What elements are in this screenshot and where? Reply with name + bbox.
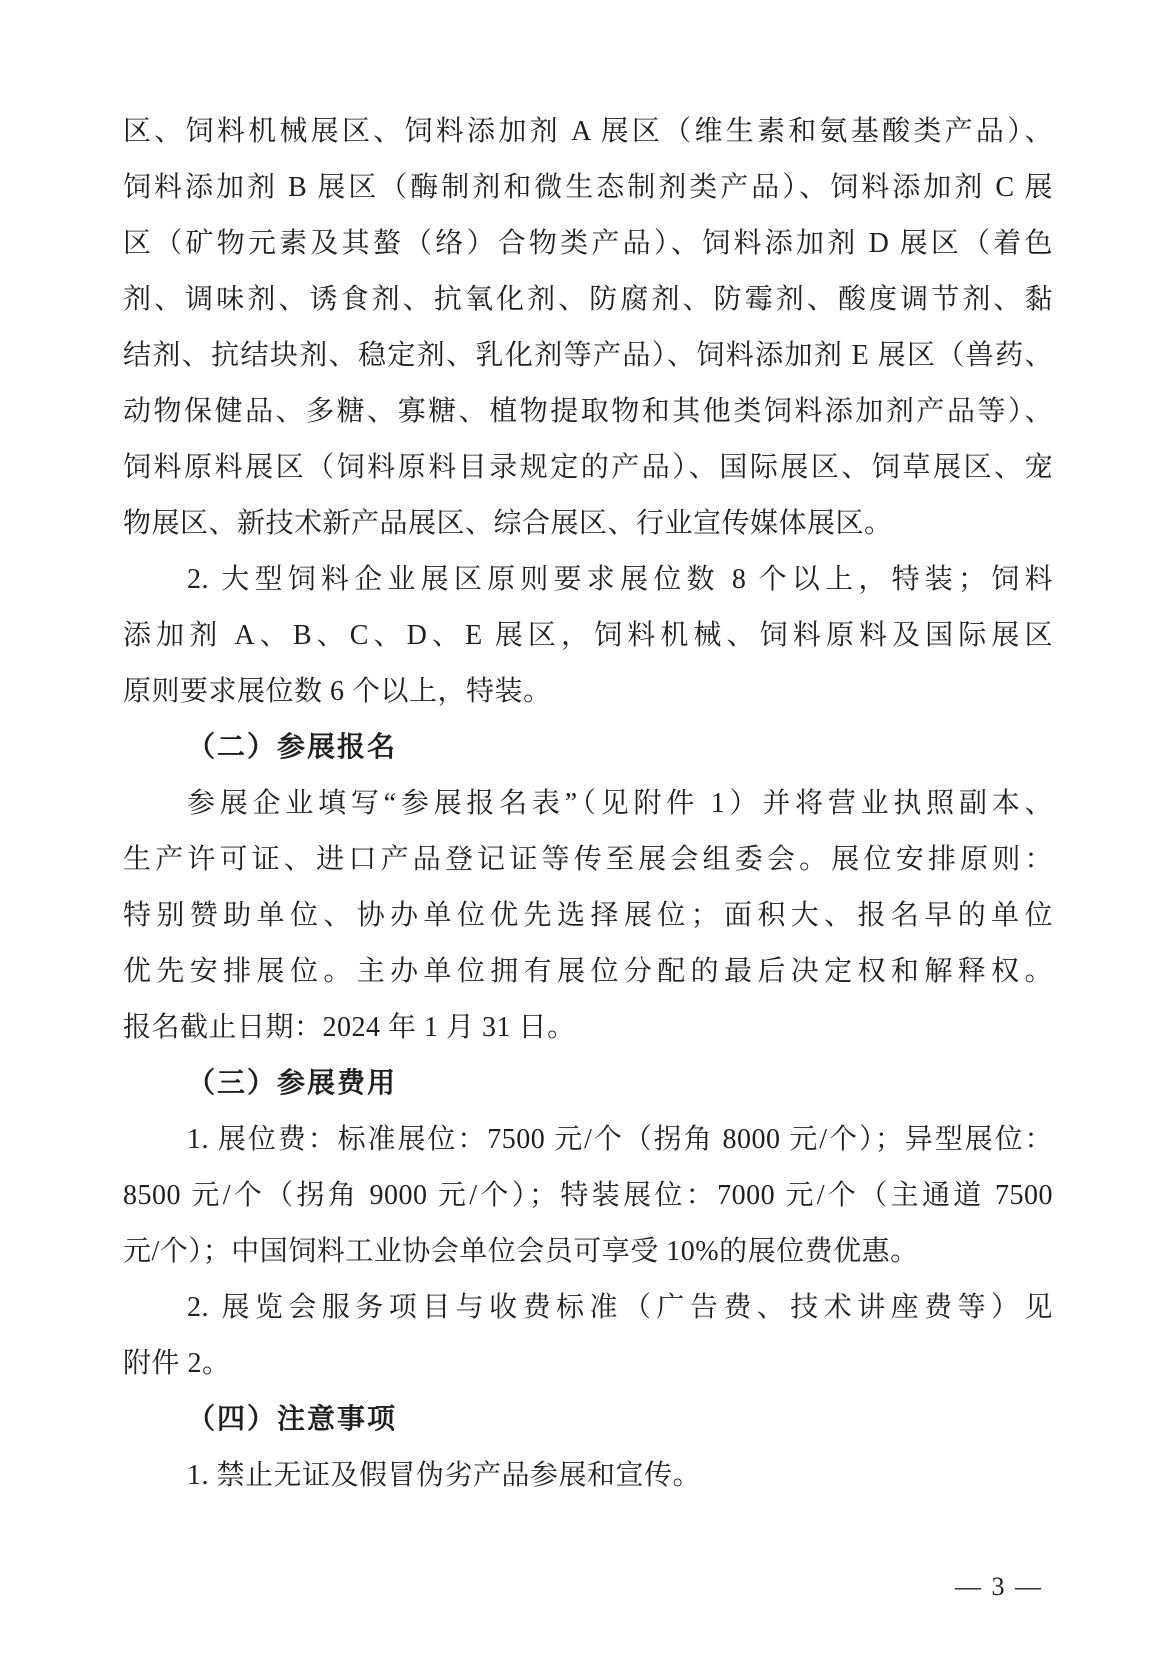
text-line: 生产许可证、进口产品登记证等传至展会组委会。展位安排原则： — [123, 832, 1053, 888]
text-line: 附件 2。 — [123, 1336, 1053, 1392]
text-line: 2. 大型饲料企业展区原则要求展位数 8 个以上，特装；饲料 — [123, 552, 1053, 608]
text-line: 区、饲料机械展区、饲料添加剂 A 展区（维生素和氨基酸类产品）、 — [123, 104, 1053, 160]
text-line: 物展区、新技术新产品展区、综合展区、行业宣传媒体展区。 — [123, 496, 1053, 552]
text-line: 添加剂 A、B、C、D、E 展区，饲料机械、饲料原料及国际展区 — [123, 608, 1053, 664]
text-line: 8500 元/个（拐角 9000 元/个）；特装展位：7000 元/个（主通道 … — [123, 1168, 1053, 1224]
text-line: 优先安排展位。主办单位拥有展位分配的最后决定权和解释权。 — [123, 944, 1053, 1000]
text-line: 饲料原料展区（饲料原料目录规定的产品）、国际展区、饲草展区、宠 — [123, 440, 1053, 496]
text-line: 原则要求展位数 6 个以上，特装。 — [123, 664, 1053, 720]
text-line: 动物保健品、多糖、寡糖、植物提取物和其他类饲料添加剂产品等）、 — [123, 384, 1053, 440]
text-line: 结剂、抗结块剂、稳定剂、乳化剂等产品）、饲料添加剂 E 展区（兽药、 — [123, 328, 1053, 384]
text-line: 参展企业填写“参展报名表”（见附件 1）并将营业执照副本、 — [123, 776, 1053, 832]
text-line: 饲料添加剂 B 展区（酶制剂和微生态制剂类产品）、饲料添加剂 C 展 — [123, 160, 1053, 216]
text-line: 剂、调味剂、诱食剂、抗氧化剂、防腐剂、防霉剂、酸度调节剂、黏 — [123, 272, 1053, 328]
section-heading: （二）参展报名 — [123, 720, 1053, 776]
text-line: 区（矿物元素及其螯（络）合物类产品）、饲料添加剂 D 展区（着色 — [123, 216, 1053, 272]
text-line: 元/个）；中国饲料工业协会单位会员可享受 10%的展位费优惠。 — [123, 1224, 1053, 1280]
text-line: 2. 展览会服务项目与收费标准（广告费、技术讲座费等）见 — [123, 1280, 1053, 1336]
text-line: 1. 禁止无证及假冒伪劣产品参展和宣传。 — [123, 1448, 1053, 1504]
section-heading: （四）注意事项 — [123, 1392, 1053, 1448]
document-page: 区、饲料机械展区、饲料添加剂 A 展区（维生素和氨基酸类产品）、饲料添加剂 B … — [0, 0, 1175, 1655]
text-line: 报名截止日期：2024 年 1 月 31 日。 — [123, 1000, 1053, 1056]
text-line: 1. 展位费：标准展位：7500 元/个（拐角 8000 元/个）；异型展位： — [123, 1112, 1053, 1168]
page-number: — 3 — — [938, 1570, 1058, 1604]
section-heading: （三）参展费用 — [123, 1056, 1053, 1112]
text-line: 特别赞助单位、协办单位优先选择展位；面积大、报名早的单位 — [123, 888, 1053, 944]
document-text: 区、饲料机械展区、饲料添加剂 A 展区（维生素和氨基酸类产品）、饲料添加剂 B … — [123, 104, 1053, 1504]
